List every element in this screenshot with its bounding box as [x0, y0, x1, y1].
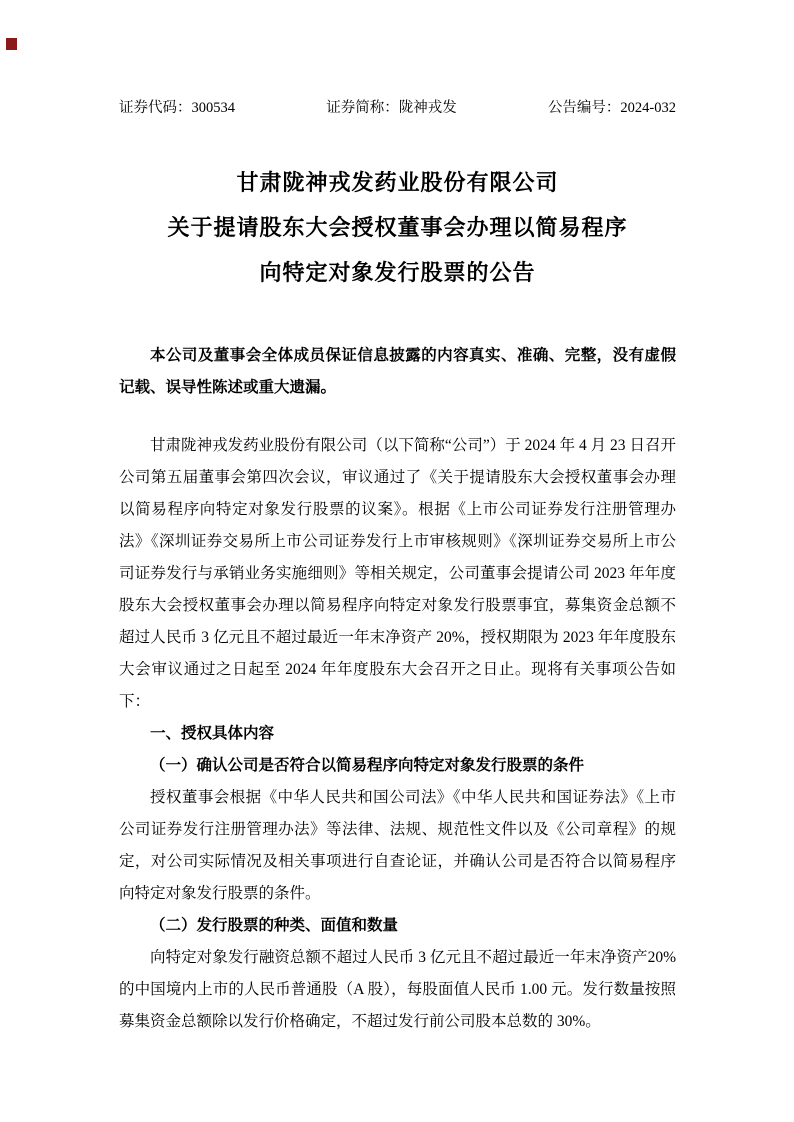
- section-1-1-heading: （一）确认公司是否符合以简易程序向特定对象发行股票的条件: [119, 750, 676, 782]
- stock-abbr-label: 证券简称：陇神戎发: [326, 98, 457, 118]
- document-content: 证券代码：300534 证券简称：陇神戎发 公告编号：2024-032 甘肃陇神…: [119, 0, 676, 1038]
- title-line-3: 向特定对象发行股票的公告: [119, 250, 676, 295]
- section-1-2-paragraph: 向特定对象发行融资总额不超过人民币 3 亿元且不超过最近一年末净资产20%的中国…: [119, 942, 676, 1038]
- section-1-1-paragraph: 授权董事会根据《中华人民共和国公司法》《中华人民共和国证券法》《上市公司证券发行…: [119, 782, 676, 910]
- red-annotation-mark: [6, 38, 17, 50]
- document-title: 甘肃陇神戎发药业股份有限公司 关于提请股东大会授权董事会办理以简易程序 向特定对…: [119, 160, 676, 295]
- intro-paragraph: 甘肃陇神戎发药业股份有限公司（以下简称“公司”）于 2024 年 4 月 23 …: [119, 430, 676, 718]
- document-header: 证券代码：300534 证券简称：陇神戎发 公告编号：2024-032: [119, 98, 676, 118]
- stock-code-label: 证券代码：300534: [119, 98, 235, 118]
- section-1-2-heading: （二）发行股票的种类、面值和数量: [119, 910, 676, 942]
- disclaimer-paragraph: 本公司及董事会全体成员保证信息披露的内容真实、准确、完整，没有虚假记载、误导性陈…: [119, 340, 676, 404]
- title-line-2: 关于提请股东大会授权董事会办理以简易程序: [119, 205, 676, 250]
- section-1-heading: 一、授权具体内容: [119, 718, 676, 750]
- announcement-page: 证券代码：300534 证券简称：陇神戎发 公告编号：2024-032 甘肃陇神…: [0, 0, 794, 1122]
- announcement-number-label: 公告编号：2024-032: [548, 98, 676, 118]
- title-line-1: 甘肃陇神戎发药业股份有限公司: [119, 160, 676, 205]
